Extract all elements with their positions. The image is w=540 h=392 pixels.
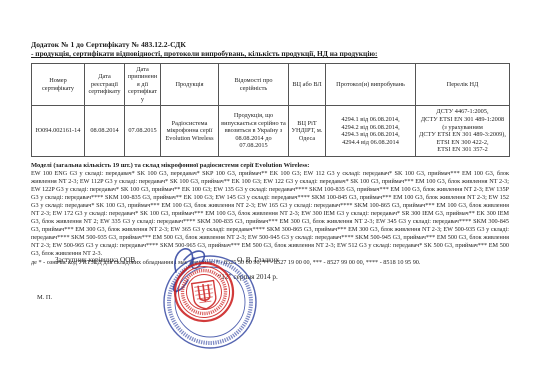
header-protocols: Протокол(и) випробувань — [326, 63, 416, 106]
header-term-date: Дата припинення дії сертифікату — [125, 63, 161, 106]
header-product: Продукція — [161, 63, 219, 106]
cell-protocols: 4294.1 від 06.08.2014, 4294.2 від 06.08.… — [326, 106, 416, 156]
cell-serial-info: Продукція, що випускається серійно та вв… — [219, 106, 289, 156]
header-reg-date: Дата реєстрації сертифікату — [85, 63, 125, 106]
certificate-table: Номер сертифікату Дата реєстрації сертиф… — [31, 63, 510, 157]
cell-product: Радіосистема мікрофонна серії Evolution … — [161, 106, 219, 156]
header-test-center: ВЦ або ВЛ — [289, 63, 326, 106]
signature-date: “12” серпня 2014 р. — [218, 273, 278, 281]
seal-place-note: М. П. — [37, 294, 52, 301]
cell-standards: ДСТУ 4467-1:2005, ДСТУ ETSI EN 301 489-1… — [416, 106, 510, 156]
blue-round-stamp-icon — [164, 256, 256, 348]
document-title: Додаток № 1 до Сертифікату № 483.12.2-СД… — [31, 40, 509, 49]
table-header-row: Номер сертифікату Дата реєстрації сертиф… — [32, 63, 510, 106]
document-content: Додаток № 1 до Сертифікату № 483.12.2-СД… — [31, 40, 509, 267]
signatory-role: Заступник керівника ООВ — [55, 256, 135, 264]
models-heading: Моделі (загальна кількість 19 шт.) та ск… — [31, 162, 509, 170]
cell-cert-number: Ю094.002161-14 — [32, 106, 85, 156]
cell-term-date: 07.08.2015 — [125, 106, 161, 156]
certificate-annex-page: Додаток № 1 до Сертифікату № 483.12.2-СД… — [0, 0, 540, 392]
cell-test-center: ВЦ РіТ УНДІРТ, м. Одеса — [289, 106, 326, 156]
cell-reg-date: 08.08.2014 — [85, 106, 125, 156]
models-body: EW 100 ENG G3 у складі: передавач* SK 10… — [31, 170, 509, 257]
header-cert-number: Номер сертифікату — [32, 63, 85, 106]
signatory-name: О. В. Гладких — [237, 256, 279, 264]
red-seal-icon — [171, 259, 237, 325]
document-subtitle: - продукція, сертифікати відповідності, … — [31, 49, 509, 58]
header-serial-info: Відомості про серійність — [219, 63, 289, 106]
models-section: Моделі (загальна кількість 19 шт.) та ск… — [31, 162, 509, 267]
header-standards: Перелік НД — [416, 63, 510, 106]
table-row: Ю094.002161-14 08.08.2014 07.08.2015 Рад… — [32, 106, 510, 156]
